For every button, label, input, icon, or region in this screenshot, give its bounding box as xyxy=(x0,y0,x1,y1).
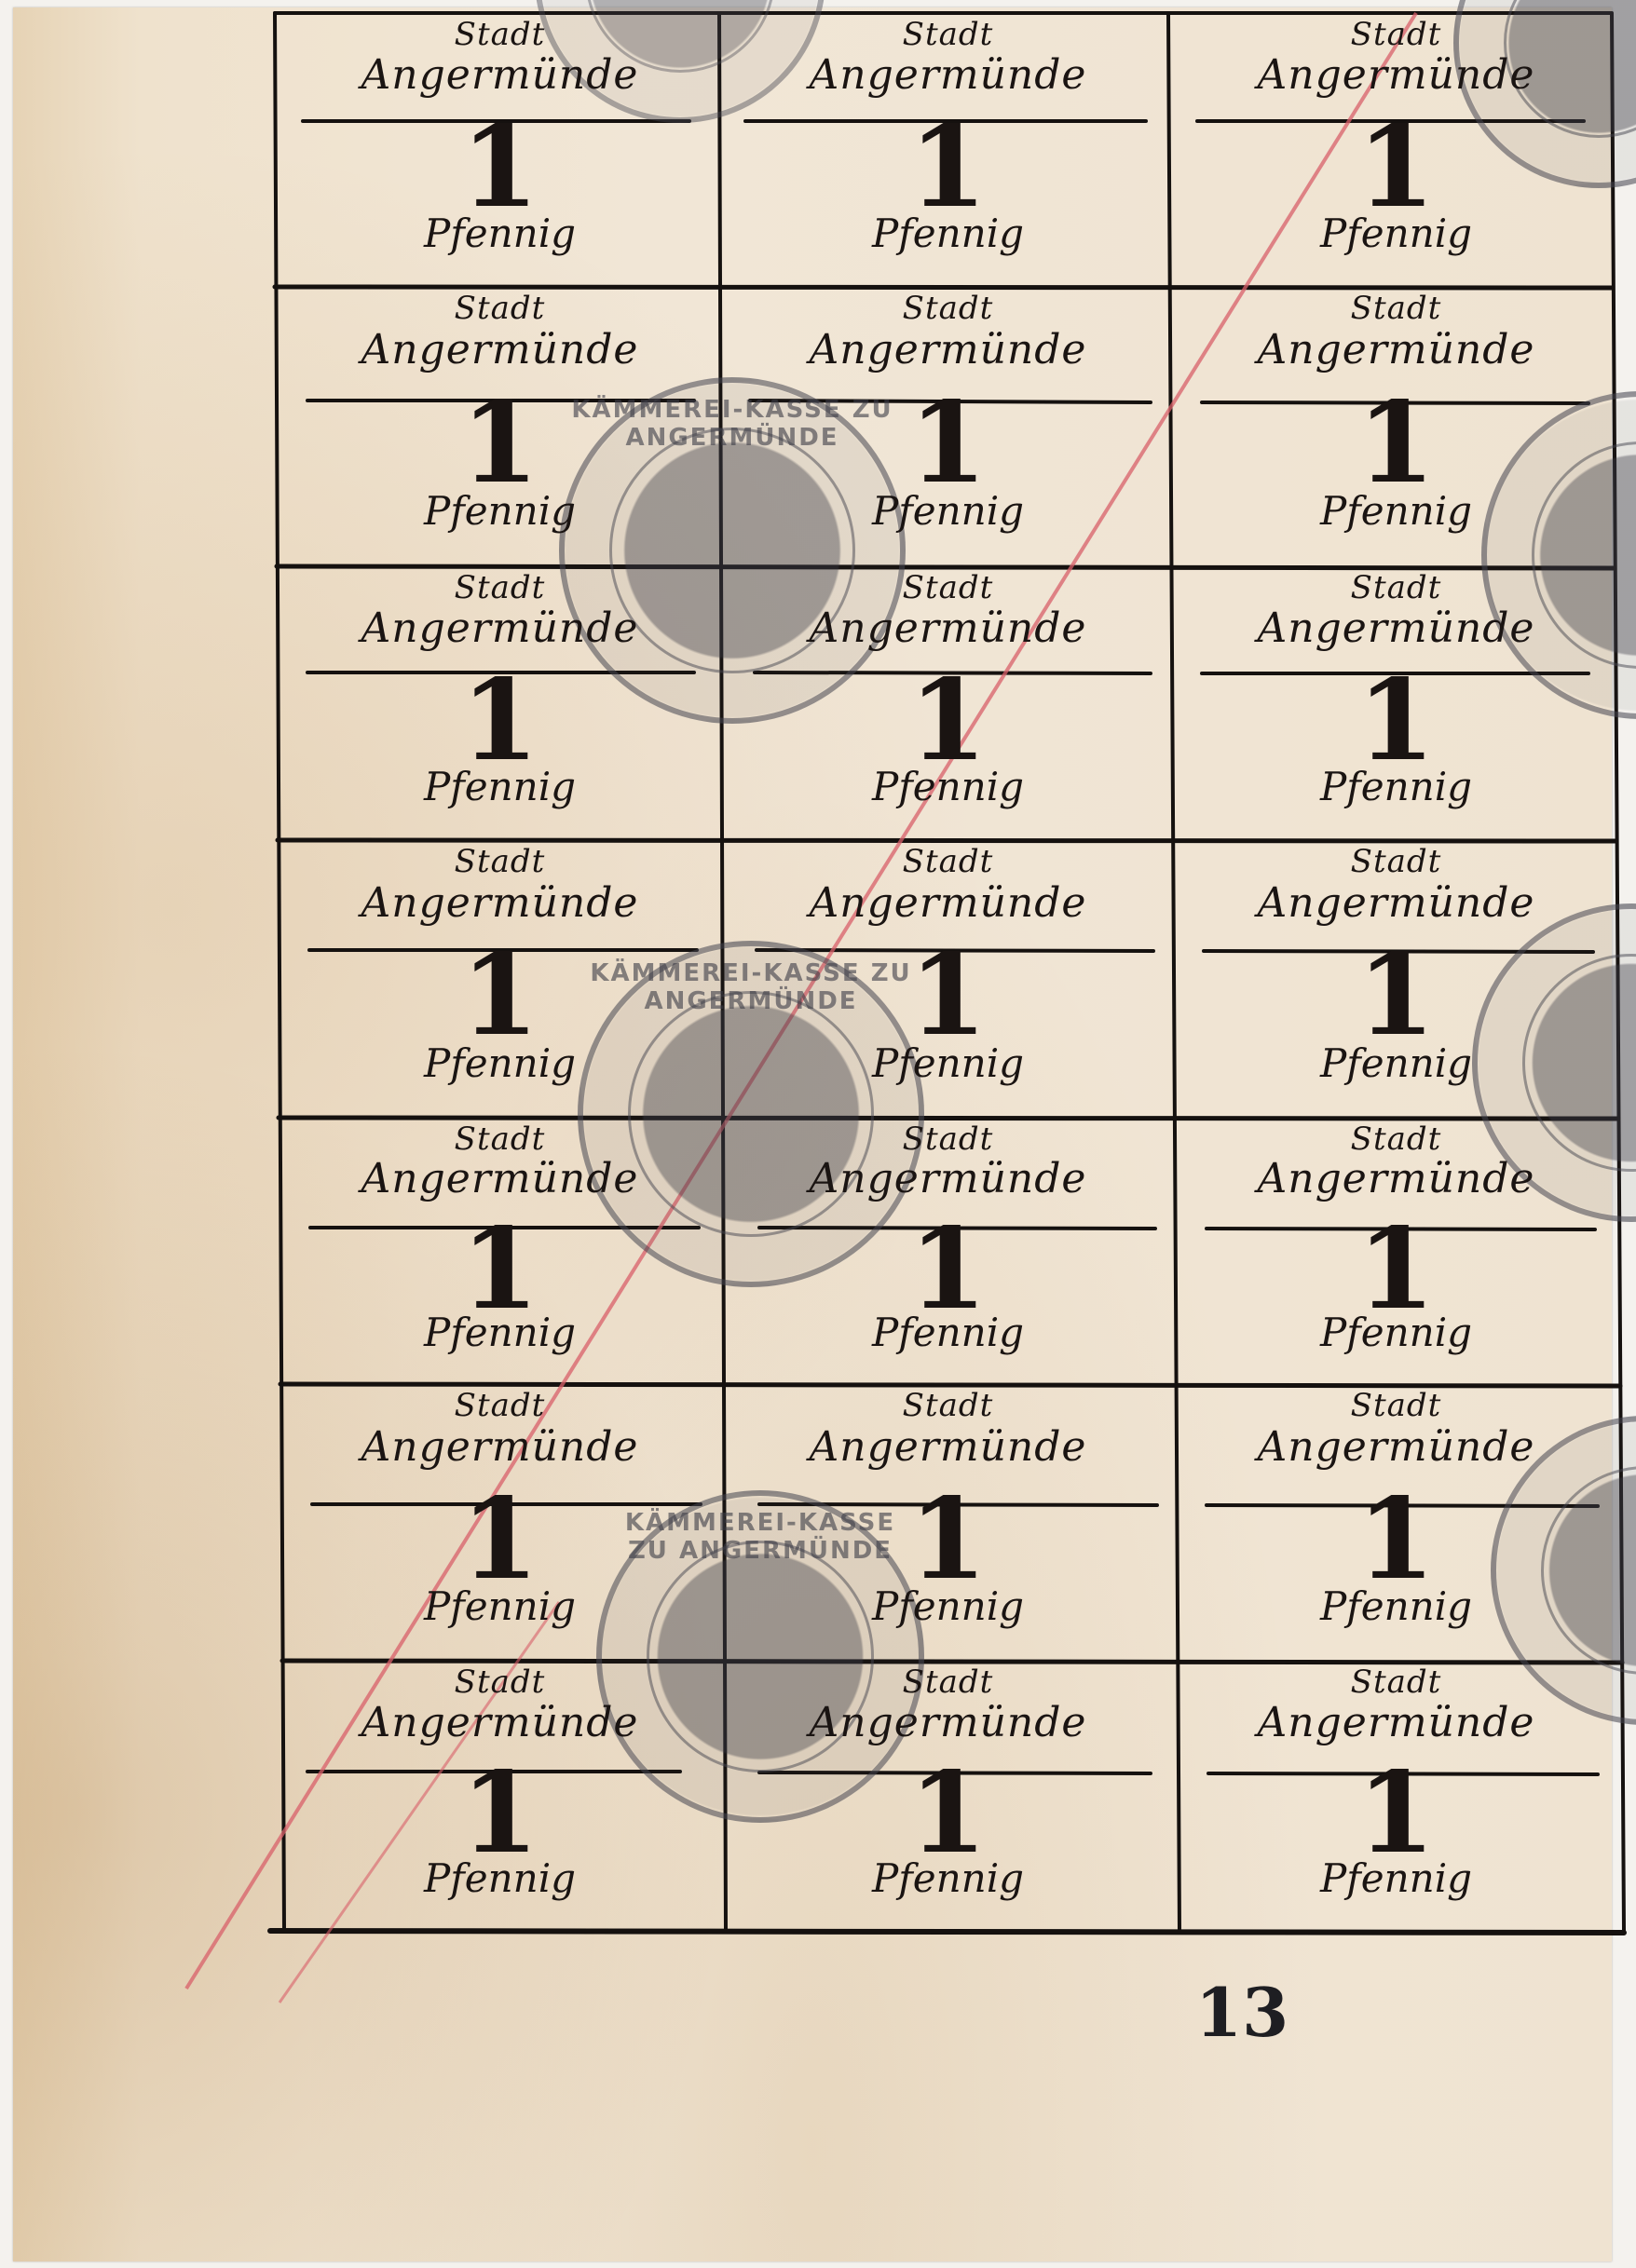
coupon-city-label: Stadt xyxy=(278,1120,722,1158)
sheet-number: 13 xyxy=(1195,1973,1288,2052)
coupon-value: 1 xyxy=(1174,112,1618,224)
coupon-value: 1 xyxy=(1174,1484,1618,1596)
coupon-unit: Pfennig xyxy=(722,488,1174,534)
coupon-unit: Pfennig xyxy=(1174,1855,1618,1901)
coupon-value: 1 xyxy=(278,665,722,777)
coupon-town-name: Angermünde xyxy=(278,1155,722,1202)
coupon-city-label: Stadt xyxy=(1174,569,1618,606)
coupon-unit: Pfennig xyxy=(278,1040,722,1086)
coupon-town-name: Angermünde xyxy=(722,1699,1174,1746)
coupon-town-name: Angermünde xyxy=(1174,51,1618,99)
coupon-unit: Pfennig xyxy=(278,764,722,809)
coupon-unit: Pfennig xyxy=(1174,1583,1618,1629)
coupon-value: 1 xyxy=(722,1484,1174,1596)
coupon-city-label: Stadt xyxy=(722,1664,1174,1701)
coupon-unit: Pfennig xyxy=(1174,211,1618,256)
coupon-town-name: Angermünde xyxy=(722,326,1174,373)
coupon-town-name: Angermünde xyxy=(722,51,1174,99)
coupon-town-name: Angermünde xyxy=(278,326,722,373)
coupon-unit: Pfennig xyxy=(1174,764,1618,809)
coupon-value: 1 xyxy=(278,1758,722,1869)
coupon-town-name: Angermünde xyxy=(278,879,722,927)
coupon-town-name: Angermünde xyxy=(722,879,1174,927)
coupon-unit: Pfennig xyxy=(1174,1310,1618,1355)
coupon-unit: Pfennig xyxy=(1174,488,1618,534)
coupon-town-name: Angermünde xyxy=(1174,1155,1618,1202)
coupon-value: 1 xyxy=(722,940,1174,1052)
coupon-town-name: Angermünde xyxy=(722,604,1174,652)
coupon-town-name: Angermünde xyxy=(722,1155,1174,1202)
coupon-city-label: Stadt xyxy=(722,843,1174,880)
coupon-city-label: Stadt xyxy=(722,569,1174,606)
coupon-city-label: Stadt xyxy=(278,1387,722,1424)
coupon-value: 1 xyxy=(722,665,1174,777)
coupon-unit: Pfennig xyxy=(722,211,1174,256)
coupon-city-label: Stadt xyxy=(1174,843,1618,880)
coupon-unit: Pfennig xyxy=(278,1310,722,1355)
coupon-city-label: Stadt xyxy=(722,290,1174,327)
coupon-town-name: Angermünde xyxy=(1174,1423,1618,1471)
coupon-unit: Pfennig xyxy=(722,1040,1174,1086)
coupon-value: 1 xyxy=(278,387,722,499)
coupon-town-name: Angermünde xyxy=(1174,1699,1618,1746)
coupon-city-label: Stadt xyxy=(722,1387,1174,1424)
coupon-unit: Pfennig xyxy=(278,1583,722,1629)
coupon-city-label: Stadt xyxy=(278,1664,722,1701)
coupon-value: 1 xyxy=(722,1758,1174,1869)
coupon-city-label: Stadt xyxy=(1174,1387,1618,1424)
coupon-city-label: Stadt xyxy=(1174,290,1618,327)
coupon-city-label: Stadt xyxy=(278,16,722,53)
coupon-value: 1 xyxy=(278,112,722,224)
coupon-city-label: Stadt xyxy=(1174,1664,1618,1701)
coupon-unit: Pfennig xyxy=(722,1855,1174,1901)
coupon-unit: Pfennig xyxy=(1174,1040,1618,1086)
coupon-city-label: Stadt xyxy=(722,1120,1174,1158)
coupon-value: 1 xyxy=(278,1484,722,1596)
coupon-city-label: Stadt xyxy=(1174,16,1618,53)
coupon-city-label: Stadt xyxy=(278,843,722,880)
coupon-unit: Pfennig xyxy=(722,1583,1174,1629)
coupon-value: 1 xyxy=(1174,387,1618,499)
coupon-city-label: Stadt xyxy=(278,569,722,606)
coupon-unit: Pfennig xyxy=(278,1855,722,1901)
coupon-value: 1 xyxy=(1174,1758,1618,1869)
coupon-value: 1 xyxy=(278,940,722,1052)
coupon-town-name: Angermünde xyxy=(1174,326,1618,373)
coupon-town-name: Angermünde xyxy=(278,1699,722,1746)
coupon-town-name: Angermünde xyxy=(278,1423,722,1471)
coupon-city-label: Stadt xyxy=(278,290,722,327)
coupon-value: 1 xyxy=(722,112,1174,224)
coupon-city-label: Stadt xyxy=(722,16,1174,53)
coupon-unit: Pfennig xyxy=(278,211,722,256)
coupon-town-name: Angermünde xyxy=(1174,879,1618,927)
coupon-town-name: Angermünde xyxy=(1174,604,1618,652)
coupon-unit: Pfennig xyxy=(722,764,1174,809)
coupon-value: 1 xyxy=(1174,665,1618,777)
coupon-unit: Pfennig xyxy=(722,1310,1174,1355)
coupon-town-name: Angermünde xyxy=(722,1423,1174,1471)
coupon-town-name: Angermünde xyxy=(278,51,722,99)
coupon-town-name: Angermünde xyxy=(278,604,722,652)
coupon-unit: Pfennig xyxy=(278,488,722,534)
coupon-value: 1 xyxy=(1174,940,1618,1052)
coupon-value: 1 xyxy=(722,387,1174,499)
coupon-city-label: Stadt xyxy=(1174,1120,1618,1158)
